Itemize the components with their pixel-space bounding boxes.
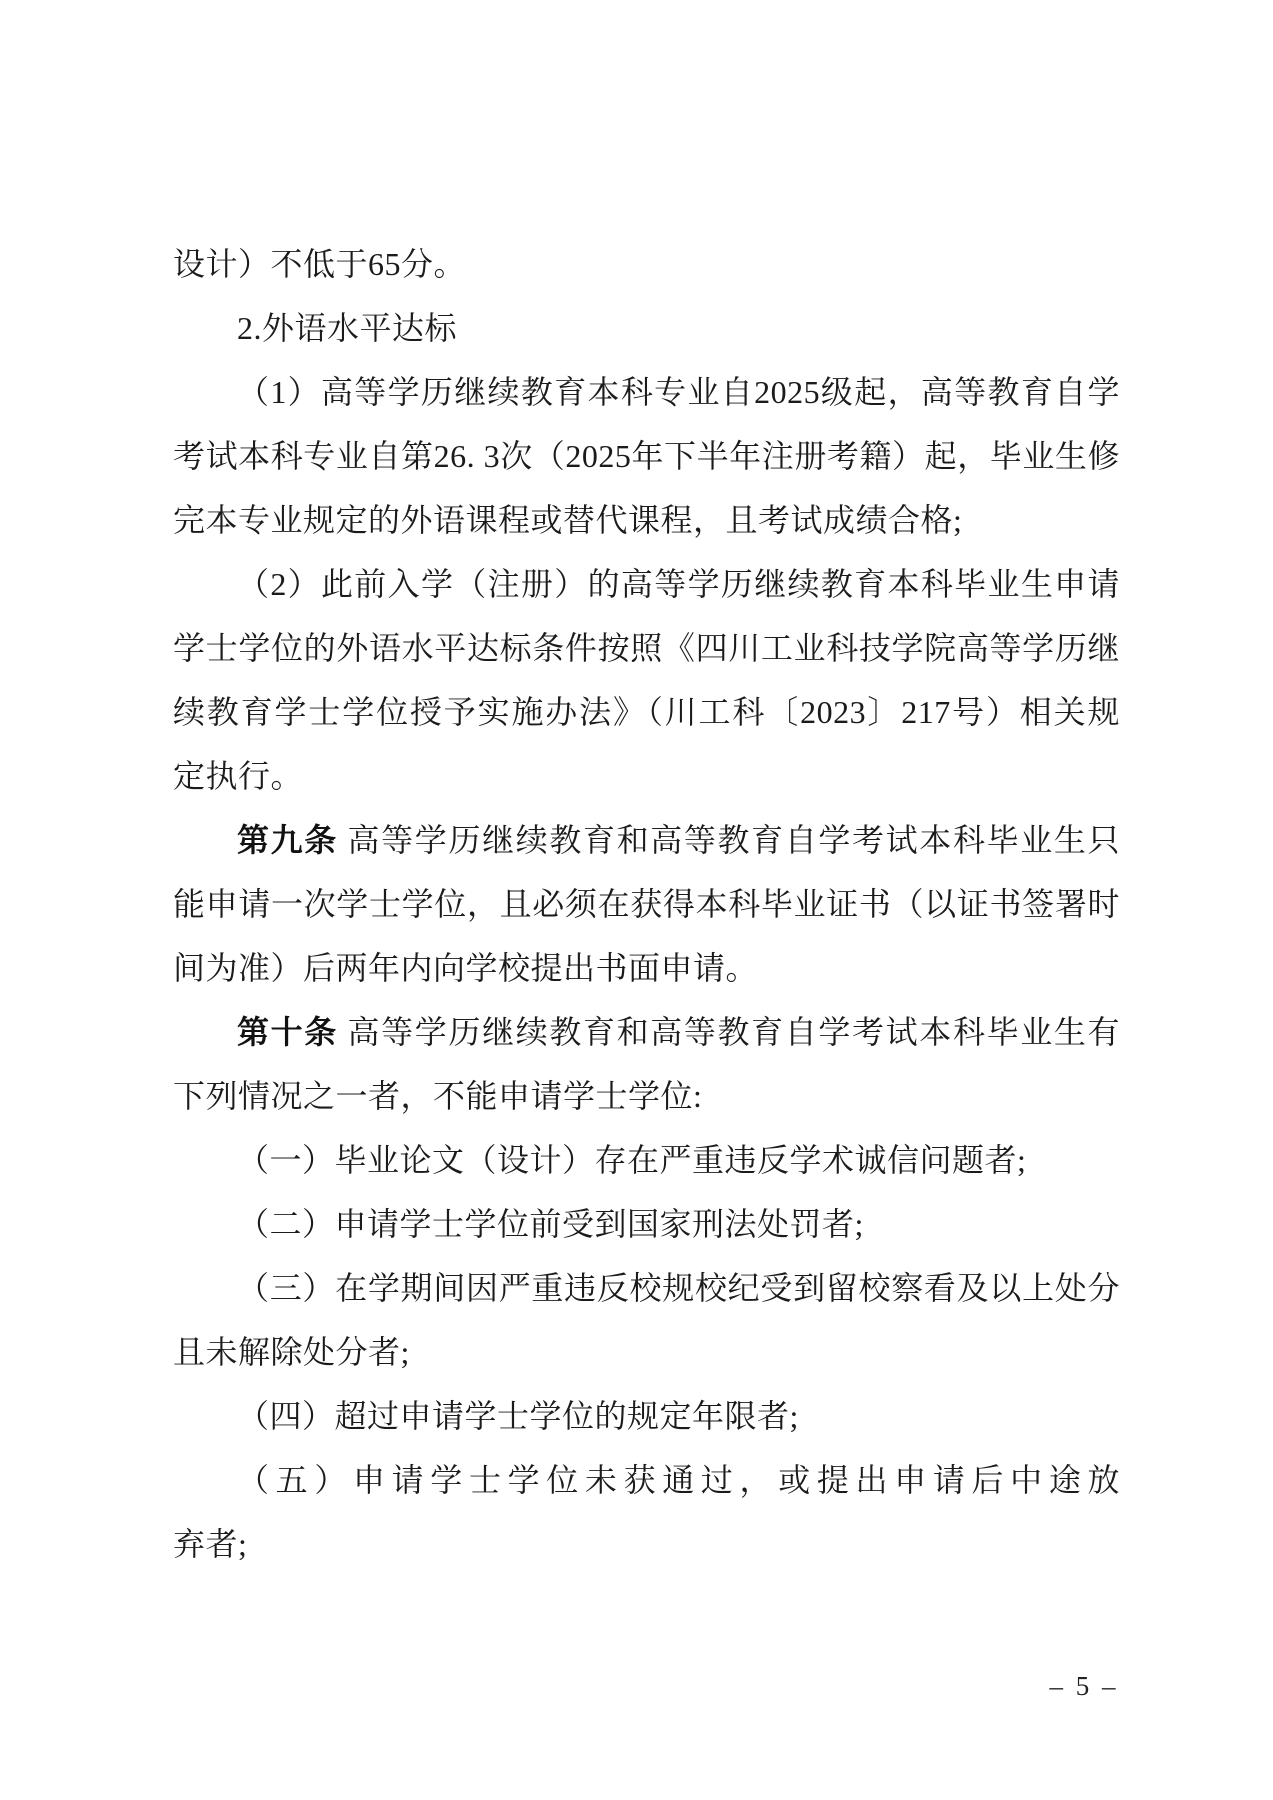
- line-text: （1）高等学历继续教育本科专业自2025级起，高等教育自学: [237, 374, 1120, 410]
- text-line: （二）申请学士学位前受到国家刑法处罚者;: [173, 1192, 1120, 1256]
- text-line: 学士学位的外语水平达标条件按照《四川工业科技学院高等学历继: [173, 616, 1120, 680]
- line-text: 设计）不低于65分。: [173, 246, 466, 282]
- text-line: （1）高等学历继续教育本科专业自2025级起，高等教育自学: [173, 360, 1120, 424]
- text-line: （四）超过申请学士学位的规定年限者;: [173, 1384, 1120, 1448]
- article-heading: 第十条: [237, 1014, 338, 1050]
- text-line: （五）申请学士学位未获通过，或提出申请后中途放: [173, 1448, 1120, 1512]
- article-heading: 第九条: [237, 822, 338, 858]
- text-line: 设计）不低于65分。: [173, 232, 1120, 296]
- text-line: 间为准）后两年内向学校提出书面申请。: [173, 936, 1120, 1000]
- text-line: （三）在学期间因严重违反校规校纪受到留校察看及以上处分: [173, 1256, 1120, 1320]
- text-line: 第九条 高等学历继续教育和高等教育自学考试本科毕业生只: [173, 808, 1120, 872]
- text-line: 定执行。: [173, 744, 1120, 808]
- text-line: 续教育学士学位授予实施办法》（川工科〔2023〕217号）相关规: [173, 680, 1120, 744]
- line-text: （一）毕业论文（设计）存在严重违反学术诚信问题者;: [237, 1142, 1026, 1178]
- text-line: 且未解除处分者;: [173, 1320, 1120, 1384]
- line-text: （三）在学期间因严重违反校规校纪受到留校察看及以上处分: [237, 1270, 1120, 1306]
- text-line: 下列情况之一者，不能申请学士学位:: [173, 1064, 1120, 1128]
- line-text: 弃者;: [173, 1526, 247, 1562]
- page-number: – 5 –: [1040, 1671, 1128, 1702]
- line-text: 能申请一次学士学位，且必须在获得本科毕业证书（以证书签署时: [173, 886, 1120, 922]
- line-text: （五）申请学士学位未获通过，或提出申请后中途放: [237, 1462, 1120, 1498]
- text-line: 考试本科专业自第26. 3次（2025年下半年注册考籍）起，毕业生修: [173, 424, 1120, 488]
- line-text: 2.外语水平达标: [237, 310, 457, 346]
- line-text: 高等学历继续教育和高等教育自学考试本科毕业生有: [338, 1014, 1120, 1050]
- text-line: （一）毕业论文（设计）存在严重违反学术诚信问题者;: [173, 1128, 1120, 1192]
- text-line: 2.外语水平达标: [173, 296, 1120, 360]
- line-text: （四）超过申请学士学位的规定年限者;: [237, 1398, 799, 1434]
- line-text: 间为准）后两年内向学校提出书面申请。: [173, 950, 758, 986]
- text-line: 弃者;: [173, 1512, 1120, 1576]
- line-text: 学士学位的外语水平达标条件按照《四川工业科技学院高等学历继: [173, 630, 1120, 666]
- line-text: 考试本科专业自第26. 3次（2025年下半年注册考籍）起，毕业生修: [173, 438, 1120, 474]
- document-page: 设计）不低于65分。2.外语水平达标（1）高等学历继续教育本科专业自2025级起…: [0, 0, 1273, 1800]
- line-text: 定执行。: [173, 758, 303, 794]
- text-line: （2）此前入学（注册）的高等学历继续教育本科毕业生申请: [173, 552, 1120, 616]
- line-text: 高等学历继续教育和高等教育自学考试本科毕业生只: [338, 822, 1120, 858]
- line-text: 下列情况之一者，不能申请学士学位:: [173, 1078, 702, 1114]
- text-line: 第十条 高等学历继续教育和高等教育自学考试本科毕业生有: [173, 1000, 1120, 1064]
- text-line: 能申请一次学士学位，且必须在获得本科毕业证书（以证书签署时: [173, 872, 1120, 936]
- line-text: 完本专业规定的外语课程或替代课程，且考试成绩合格;: [173, 502, 962, 538]
- line-text: 且未解除处分者;: [173, 1334, 410, 1370]
- line-text: 续教育学士学位授予实施办法》（川工科〔2023〕217号）相关规: [173, 694, 1120, 730]
- text-line: 完本专业规定的外语课程或替代课程，且考试成绩合格;: [173, 488, 1120, 552]
- document-body: 设计）不低于65分。2.外语水平达标（1）高等学历继续教育本科专业自2025级起…: [173, 232, 1120, 1576]
- line-text: （2）此前入学（注册）的高等学历继续教育本科毕业生申请: [237, 566, 1120, 602]
- line-text: （二）申请学士学位前受到国家刑法处罚者;: [237, 1206, 864, 1242]
